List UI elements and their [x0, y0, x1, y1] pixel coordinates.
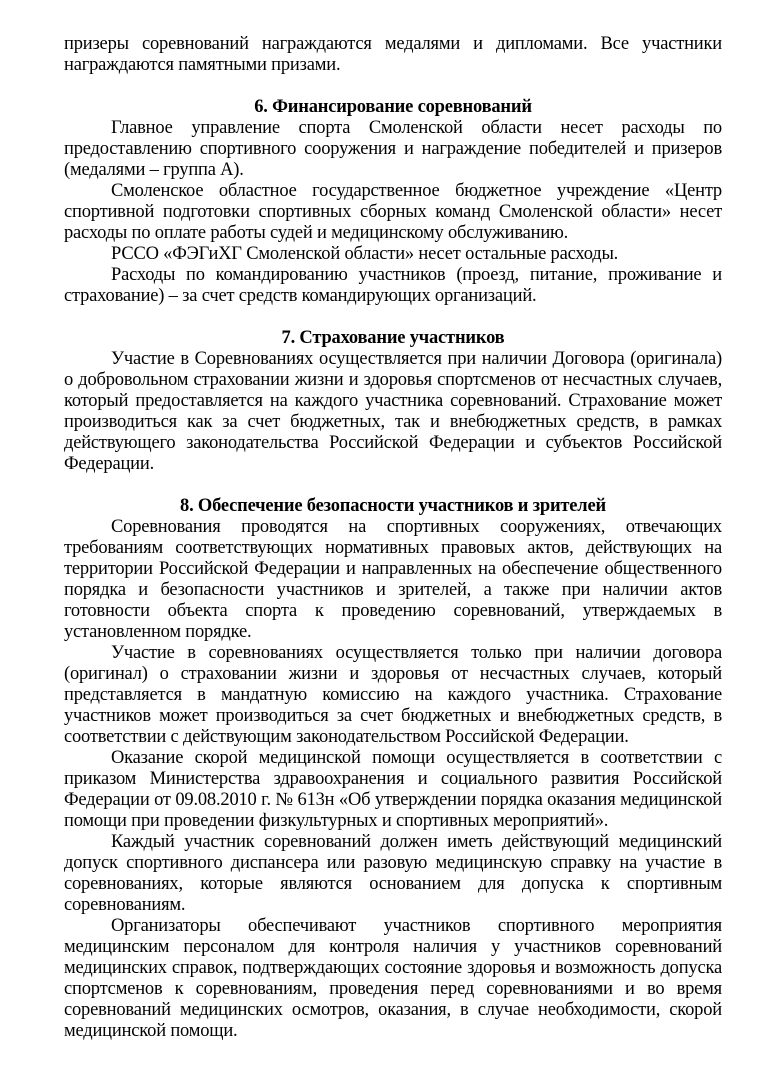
- section-heading-financing: 6. Финансирование соревнований: [64, 97, 722, 118]
- section-financing: 6. Финансирование соревнований Главное у…: [64, 97, 722, 307]
- paragraph: Оказание скорой медицинской помощи осуще…: [64, 748, 722, 832]
- paragraph: Расходы по командированию участников (пр…: [64, 265, 722, 307]
- paragraph: Организаторы обеспечивают участников спо…: [64, 916, 722, 1042]
- paragraph: РССО «ФЭГиХГ Смоленской области» несет о…: [64, 244, 722, 265]
- section-heading-safety: 8. Обеспечение безопасности участников и…: [64, 496, 722, 517]
- paragraph: Главное управление спорта Смоленской обл…: [64, 118, 722, 181]
- paragraph: Соревнования проводятся на спортивных со…: [64, 517, 722, 643]
- document-page: призеры соревнований награждаются медаля…: [0, 0, 764, 1080]
- paragraph: Участие в соревнованиях осуществляется т…: [64, 643, 722, 748]
- paragraph: Смоленское областное государственное бюд…: [64, 181, 722, 244]
- section-insurance: 7. Страхование участников Участие в Соре…: [64, 328, 722, 475]
- paragraph: Каждый участник соревнований должен имет…: [64, 832, 722, 916]
- intro-paragraph: призеры соревнований награждаются медаля…: [64, 34, 722, 76]
- section-heading-insurance: 7. Страхование участников: [64, 328, 722, 349]
- section-safety: 8. Обеспечение безопасности участников и…: [64, 496, 722, 1042]
- paragraph: Участие в Соревнованиях осуществляется п…: [64, 349, 722, 475]
